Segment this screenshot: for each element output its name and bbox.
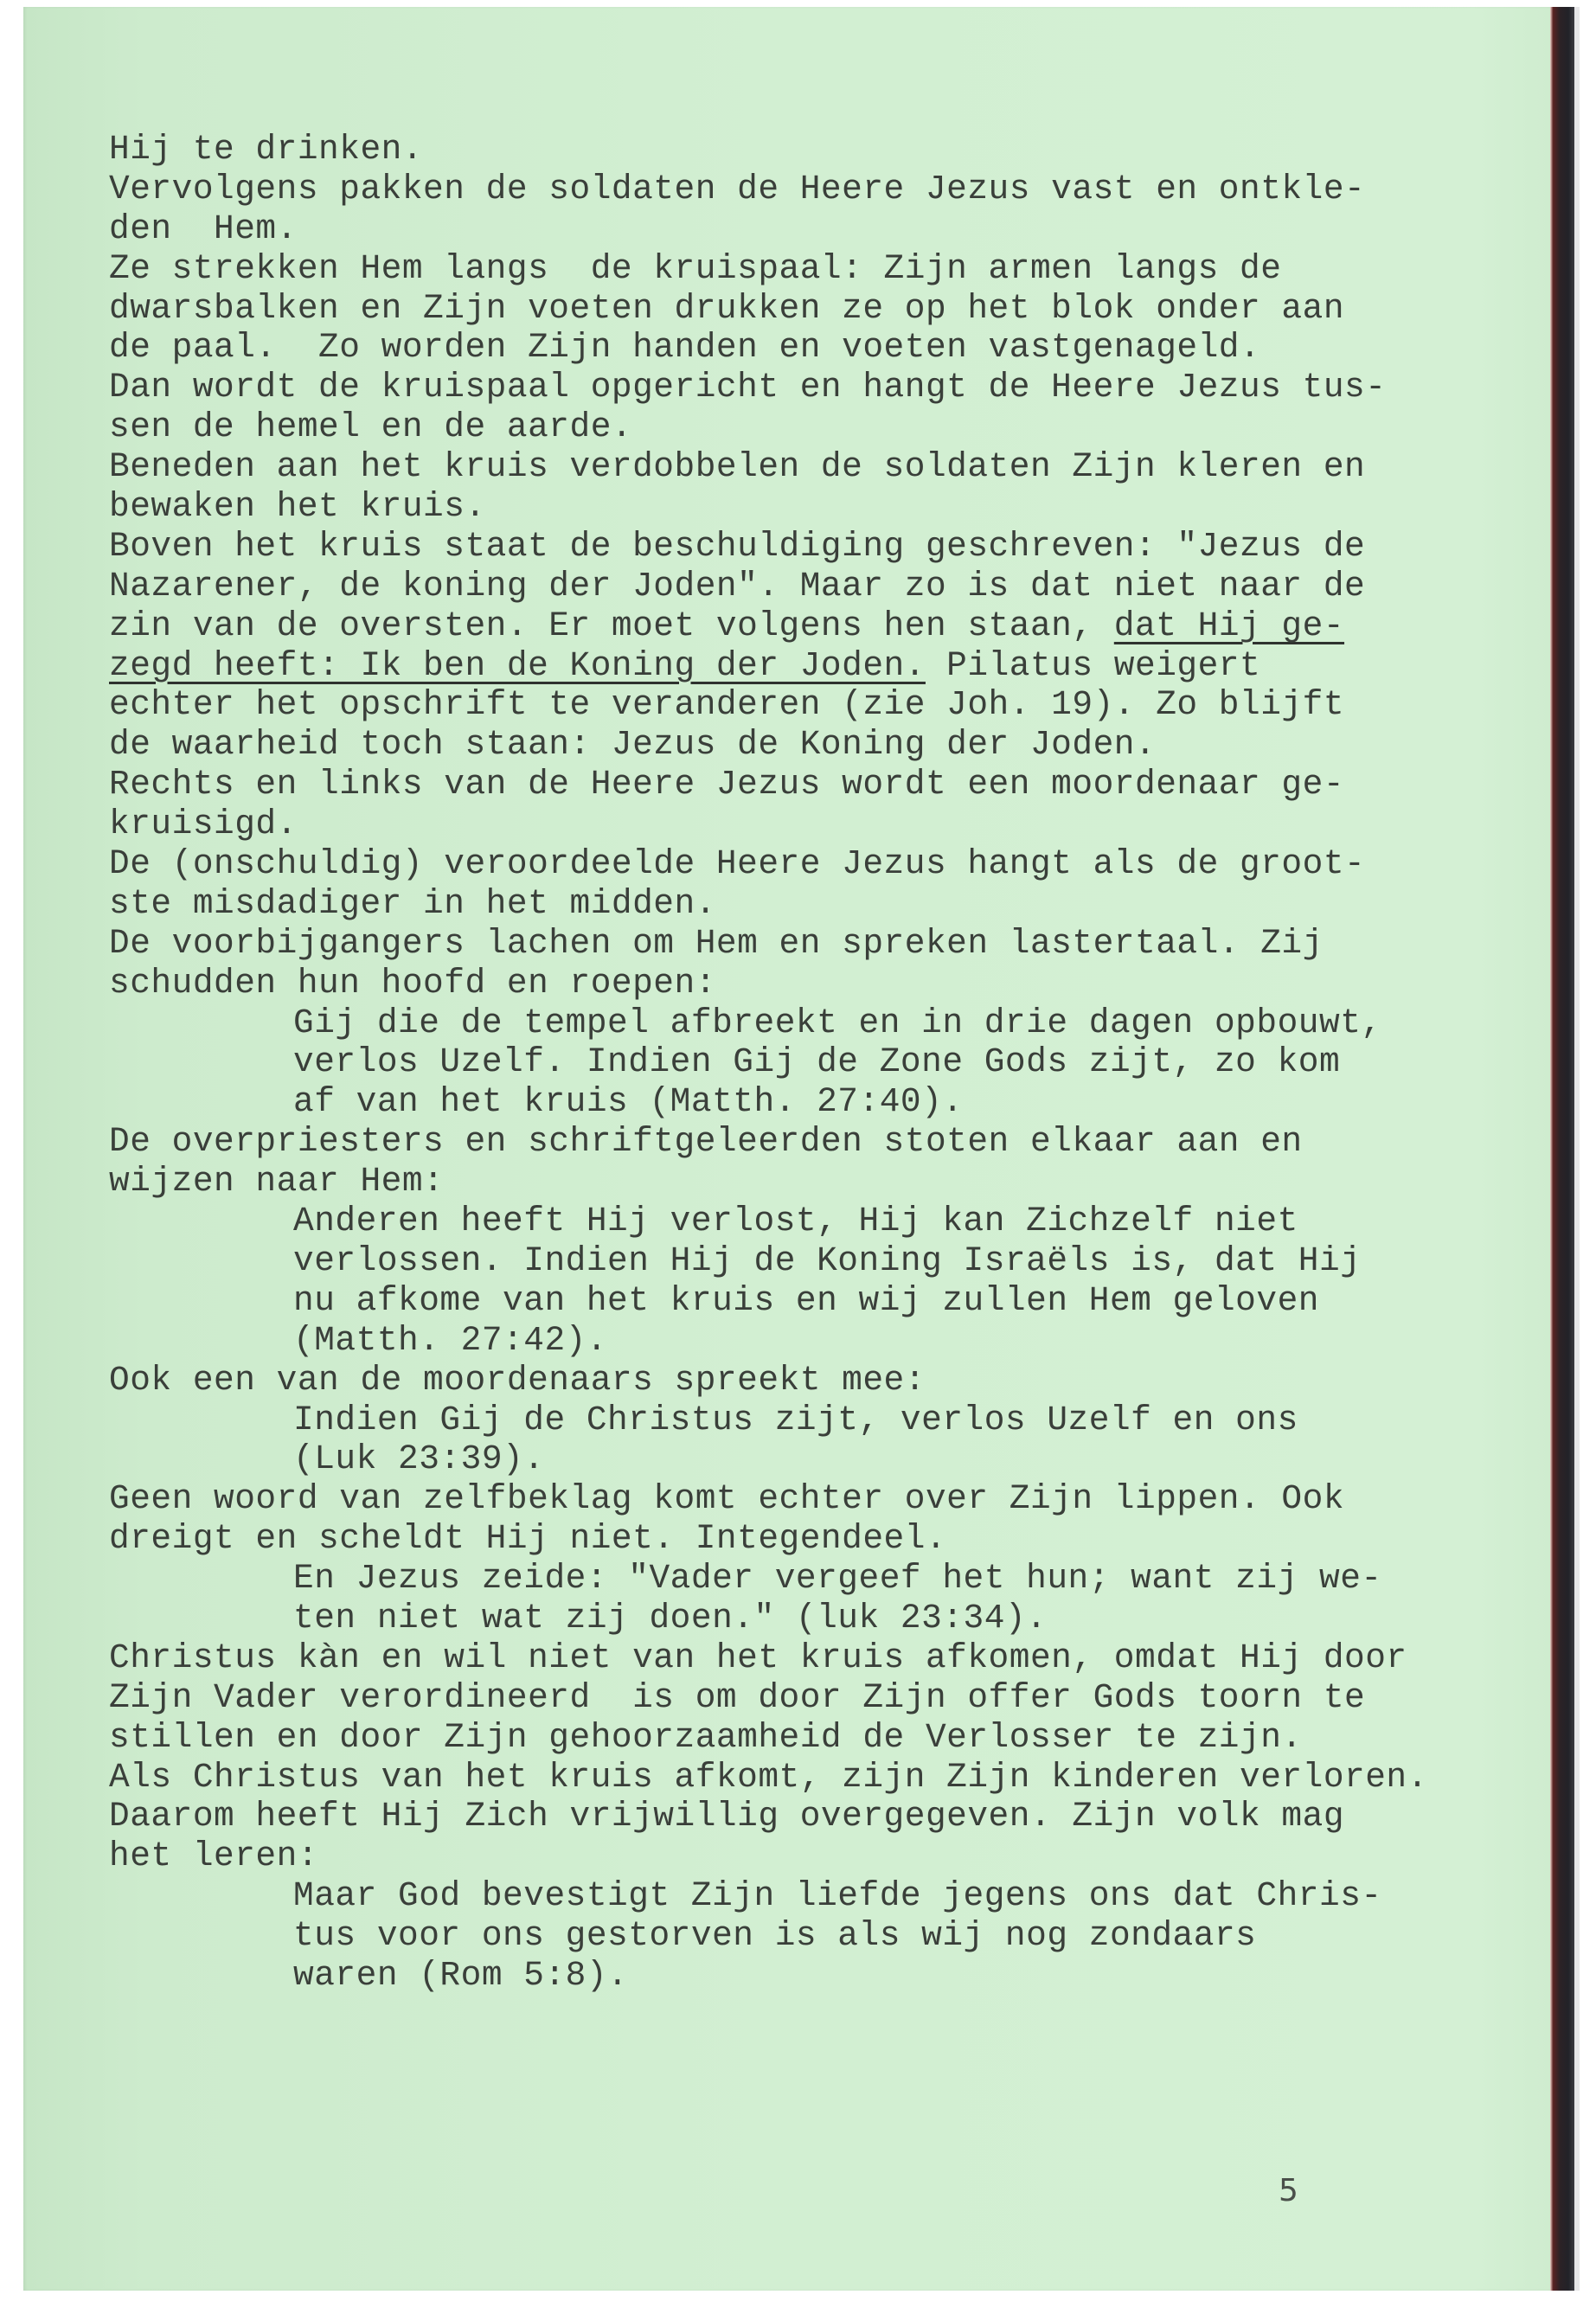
quote-line: verlossen. Indien Hij de Koning Israëls … [109, 1241, 1407, 1281]
line-text: En Jezus zeide: "Vader vergeef het hun; … [293, 1559, 1382, 1598]
text-line: De overpriesters en schriftgeleerden sto… [109, 1122, 1407, 1162]
page-number: 5 [1279, 2173, 1298, 2208]
line-text: De voorbijgangers lachen om Hem en sprek… [109, 924, 1324, 963]
text-line: het leren: [109, 1836, 1407, 1876]
line-text: wijzen naar Hem: [109, 1162, 444, 1201]
text-line: Rechts en links van de Heere Jezus wordt… [109, 765, 1407, 804]
text-line: dreigt en scheldt Hij niet. Integendeel. [109, 1519, 1407, 1559]
text-line: Als Christus van het kruis afkomt, zijn … [109, 1758, 1407, 1798]
text-line: Vervolgens pakken de soldaten de Heere J… [109, 170, 1407, 209]
text-line: kruisigd. [109, 804, 1407, 844]
line-text: stillen en door Zijn gehoorzaamheid de V… [109, 1718, 1303, 1757]
text-line: Zijn Vader verordineerd is om door Zijn … [109, 1678, 1407, 1718]
line-text: schudden hun hoofd en roepen: [109, 964, 716, 1003]
binding-strip [1550, 7, 1574, 2291]
text-line: Dan wordt de kruispaal opgericht en hang… [109, 368, 1407, 407]
line-text: dwarsbalken en Zijn voeten drukken ze op… [109, 289, 1344, 328]
line-text: dreigt en scheldt Hij niet. Integendeel. [109, 1519, 946, 1558]
line-text: Christus kàn en wil niet van het kruis a… [109, 1638, 1407, 1677]
line-text: Zijn Vader verordineerd is om door Zijn … [109, 1678, 1365, 1717]
quote-line: Maar God bevestigt Zijn liefde jegens on… [109, 1876, 1407, 1916]
line-text: (Luk 23:39). [293, 1439, 544, 1478]
line-text: ste misdadiger in het midden. [109, 884, 716, 923]
text-line: Ze strekken Hem langs de kruispaal: Zijn… [109, 249, 1407, 289]
text-line: zegd heeft: Ik ben de Koning der Joden. … [109, 646, 1407, 686]
line-text: Boven het kruis staat de beschuldiging g… [109, 527, 1365, 566]
line-text: echter het opschrift te veranderen (zie … [109, 685, 1344, 724]
quote-line: (Luk 23:39). [109, 1439, 1407, 1479]
quote-line: tus voor ons gestorven is als wij nog zo… [109, 1916, 1407, 1956]
text-line: Ook een van de moordenaars spreekt mee: [109, 1361, 1407, 1400]
line-text: Maar God bevestigt Zijn liefde jegens on… [293, 1876, 1382, 1915]
line-text: (Matth. 27:42). [293, 1321, 607, 1360]
line-text: het leren: [109, 1836, 318, 1875]
line-text: Vervolgens pakken de soldaten de Heere J… [109, 170, 1365, 208]
text-line: ste misdadiger in het midden. [109, 884, 1407, 924]
line-text: de waarheid toch staan: Jezus de Koning … [109, 725, 1156, 764]
text-line: stillen en door Zijn gehoorzaamheid de V… [109, 1718, 1407, 1758]
quote-line: (Matth. 27:42). [109, 1321, 1407, 1361]
quote-line: ten niet wat zij doen." (luk 23:34). [109, 1599, 1407, 1638]
text-line: Boven het kruis staat de beschuldiging g… [109, 527, 1407, 567]
text-line: bewaken het kruis. [109, 487, 1407, 527]
line-text: Anderen heeft Hij verlost, Hij kan Zichz… [293, 1202, 1298, 1240]
line-text: Nazarener, de koning der Joden". Maar zo… [109, 567, 1365, 606]
line-text-after: Pilatus weigert [926, 646, 1260, 685]
quote-line: Anderen heeft Hij verlost, Hij kan Zichz… [109, 1202, 1407, 1241]
line-text: nu afkome van het kruis en wij zullen He… [293, 1281, 1319, 1320]
line-text: kruisigd. [109, 804, 298, 843]
line-text: Ze strekken Hem langs de kruispaal: Zijn… [109, 249, 1281, 288]
line-text: tus voor ons gestorven is als wij nog zo… [293, 1916, 1256, 1955]
line-text: Rechts en links van de Heere Jezus wordt… [109, 765, 1344, 804]
text-line: den Hem. [109, 209, 1407, 249]
line-text: af van het kruis (Matth. 27:40). [293, 1082, 964, 1121]
quote-line: verlos Uzelf. Indien Gij de Zone Gods zi… [109, 1042, 1407, 1082]
text-line: zin van de oversten. Er moet volgens hen… [109, 606, 1407, 646]
binding-edge [1574, 7, 1580, 2291]
text-line: schudden hun hoofd en roepen: [109, 964, 1407, 1003]
line-text: Ook een van de moordenaars spreekt mee: [109, 1361, 926, 1400]
text-line: Nazarener, de koning der Joden". Maar zo… [109, 567, 1407, 606]
line-text: Dan wordt de kruispaal opgericht en hang… [109, 368, 1386, 407]
text-line: Daarom heeft Hij Zich vrijwillig overgeg… [109, 1797, 1407, 1836]
underlined-text: dat Hij ge- [1114, 606, 1344, 645]
line-text: Als Christus van het kruis afkomt, zijn … [109, 1758, 1428, 1797]
line-text: De overpriesters en schriftgeleerden sto… [109, 1122, 1303, 1161]
line-text: ten niet wat zij doen." (luk 23:34). [293, 1599, 1047, 1638]
line-text: Beneden aan het kruis verdobbelen de sol… [109, 447, 1365, 486]
text-line: Hij te drinken. [109, 130, 1407, 170]
quote-line: nu afkome van het kruis en wij zullen He… [109, 1281, 1407, 1321]
quote-line: waren (Rom 5:8). [109, 1956, 1407, 1996]
quote-line: En Jezus zeide: "Vader vergeef het hun; … [109, 1559, 1407, 1599]
line-text: Hij te drinken. [109, 130, 423, 169]
text-line: De (onschuldig) veroordeelde Heere Jezus… [109, 844, 1407, 884]
text-line: De voorbijgangers lachen om Hem en sprek… [109, 924, 1407, 964]
text-line: de waarheid toch staan: Jezus de Koning … [109, 725, 1407, 765]
document-body: Hij te drinken.Vervolgens pakken de sold… [109, 130, 1407, 1996]
line-text: verlos Uzelf. Indien Gij de Zone Gods zi… [293, 1042, 1340, 1081]
text-line: Geen woord van zelfbeklag komt echter ov… [109, 1479, 1407, 1519]
text-line: echter het opschrift te veranderen (zie … [109, 685, 1407, 725]
line-text: den Hem. [109, 209, 298, 248]
text-line: sen de hemel en de aarde. [109, 407, 1407, 447]
line-text: Geen woord van zelfbeklag komt echter ov… [109, 1479, 1344, 1518]
text-line: Christus kàn en wil niet van het kruis a… [109, 1638, 1407, 1678]
line-text: bewaken het kruis. [109, 487, 486, 526]
line-text: Indien Gij de Christus zijt, verlos Uzel… [293, 1400, 1298, 1439]
underlined-text: zegd heeft: Ik ben de Koning der Joden. [109, 646, 926, 685]
text-line: dwarsbalken en Zijn voeten drukken ze op… [109, 289, 1407, 329]
line-text: zin van de oversten. Er moet volgens hen… [109, 606, 1114, 645]
text-line: de paal. Zo worden Zijn handen en voeten… [109, 328, 1407, 368]
line-text: sen de hemel en de aarde. [109, 407, 632, 446]
quote-line: Indien Gij de Christus zijt, verlos Uzel… [109, 1400, 1407, 1440]
line-text: de paal. Zo worden Zijn handen en voeten… [109, 328, 1260, 367]
line-text: Daarom heeft Hij Zich vrijwillig overgeg… [109, 1797, 1344, 1836]
text-line: Beneden aan het kruis verdobbelen de sol… [109, 447, 1407, 487]
text-line: wijzen naar Hem: [109, 1162, 1407, 1202]
line-text: Gij die de tempel afbreekt en in drie da… [293, 1003, 1382, 1042]
line-text: De (onschuldig) veroordeelde Heere Jezus… [109, 844, 1365, 883]
line-text: verlossen. Indien Hij de Koning Israëls … [293, 1241, 1361, 1280]
line-text: waren (Rom 5:8). [293, 1956, 628, 1995]
quote-line: Gij die de tempel afbreekt en in drie da… [109, 1003, 1407, 1043]
quote-line: af van het kruis (Matth. 27:40). [109, 1082, 1407, 1122]
